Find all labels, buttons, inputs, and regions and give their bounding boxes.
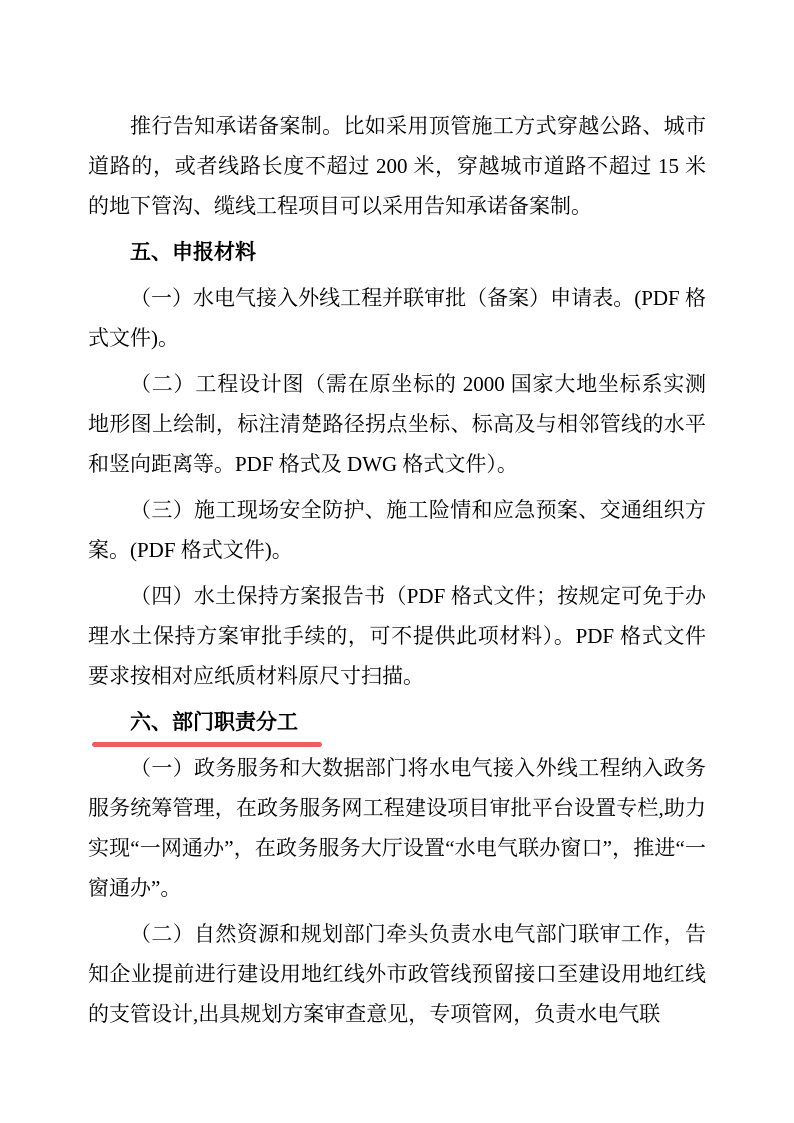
document-page: 推行告知承诺备案制。比如采用顶管施工方式穿越公路、城市道路的，或者线路长度不超过… — [0, 0, 794, 1123]
paragraph-material-1-application-form: （一）水电气接入外线工程并联审批（备案）申请表。(PDF 格式文件)。 — [88, 278, 706, 358]
paragraph-material-3-safety-plans: （三）施工现场安全防护、施工险情和应急预案、交通组织方案。(PDF 格式文件)。 — [88, 490, 706, 570]
paragraph-notice-filing-system: 推行告知承诺备案制。比如采用顶管施工方式穿越公路、城市道路的，或者线路长度不超过… — [88, 106, 706, 226]
red-underline-annotation — [92, 742, 322, 747]
paragraph-material-4-soil-water-report: （四）水土保持方案报告书（PDF 格式文件；按规定可免于办理水土保持方案审批手续… — [88, 576, 706, 696]
paragraph-duty-2-natural-resources-planning: （二）自然资源和规划部门牵头负责水电气部门联审工作，告知企业提前进行建设用地红线… — [88, 914, 706, 1034]
section-heading-6-department-duties: 六、部门职责分工 — [88, 702, 706, 742]
paragraph-material-2-design-drawing: （二）工程设计图（需在原坐标的 2000 国家大地坐标系实测地形图上绘制，标注清… — [88, 364, 706, 484]
paragraph-duty-1-government-services: （一）政务服务和大数据部门将水电气接入外线工程纳入政务服务统筹管理，在政务服务网… — [88, 748, 706, 908]
section-heading-6-label: 六、部门职责分工 — [130, 710, 298, 734]
section-heading-5-application-materials: 五、申报材料 — [88, 232, 706, 272]
